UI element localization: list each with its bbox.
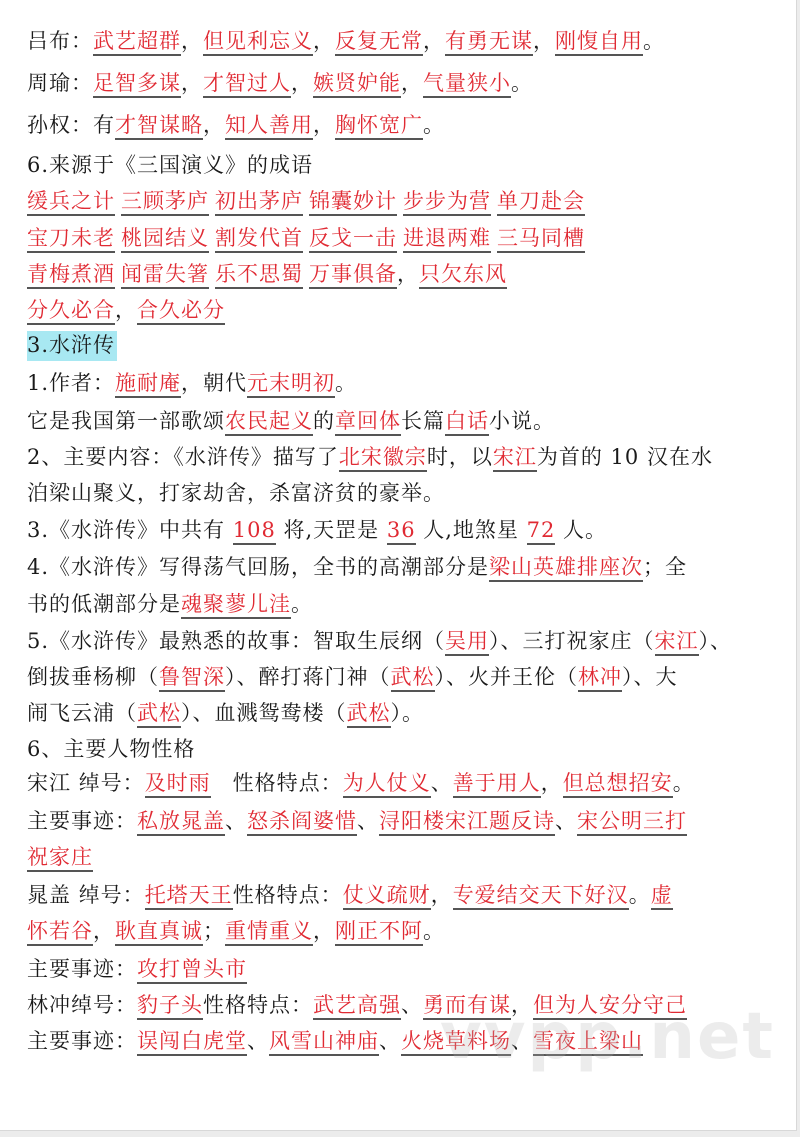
- idiom: 合久必分: [137, 298, 225, 325]
- answer: 足智多谋: [93, 71, 181, 98]
- label: 性格特点：: [203, 993, 313, 1017]
- text: ）、: [699, 629, 733, 653]
- idioms-row-4: 分久必合，合久必分: [27, 295, 225, 325]
- punct: ；: [203, 919, 225, 943]
- answer: 72: [527, 518, 556, 545]
- idiom: 割发代首: [215, 226, 303, 253]
- text: 将,天罡是: [276, 518, 387, 542]
- answer: 怒杀阎婆惜: [247, 809, 357, 836]
- answer: 善于用人: [453, 771, 541, 798]
- idiom: 初出茅庐: [215, 189, 303, 216]
- answer: 魂聚蓼儿洼: [181, 592, 291, 619]
- answer: 误闯白虎堂: [137, 1029, 247, 1056]
- punct: 、: [401, 993, 423, 1017]
- text: ）、火并王伦（: [435, 665, 579, 689]
- label: 晁盖 绰号：: [27, 883, 145, 907]
- text: 小说。: [489, 409, 555, 433]
- answer: 武松: [347, 701, 391, 728]
- label: 性格特点：: [211, 771, 343, 795]
- answer: 怀若谷: [27, 919, 93, 946]
- answer: 有勇无谋: [445, 29, 533, 56]
- idiom: 三马同槽: [497, 226, 585, 253]
- answer: 专爱结交天下好汉: [453, 883, 629, 910]
- idiom: 万事俱备: [309, 262, 397, 289]
- answer: 吴用: [445, 629, 489, 656]
- punct: 、: [247, 1029, 269, 1053]
- label: 宋江 绰号：: [27, 771, 145, 795]
- text: 3.《水浒传》中共有: [27, 518, 233, 542]
- text: ，朝代: [181, 371, 247, 395]
- q5-stories-2: 倒拔垂杨柳（鲁智深）、醉打蒋门神（武松）、火并王伦（林冲）、大: [27, 662, 678, 692]
- answer: 仗义疏财: [343, 883, 431, 910]
- answer: 36: [387, 518, 416, 545]
- answer: 为人仗义: [343, 771, 431, 798]
- answer: 风雪山神庙: [269, 1029, 379, 1056]
- answer: 知人善用: [225, 113, 313, 140]
- answer: 但总想招安: [563, 771, 673, 798]
- answer: 托塔天王: [145, 883, 233, 910]
- idiom: 进退两难: [403, 226, 491, 253]
- punct: ，: [533, 29, 555, 53]
- chaogai-traits: 晁盖 绰号：托塔天王性格特点：仗义疏财，专爱结交天下好汉。虚: [27, 880, 673, 910]
- chaogai-traits-cont: 怀若谷，耿直真诚；重情重义，刚正不阿。: [27, 916, 445, 946]
- idiom: 锦囊妙计: [309, 189, 397, 216]
- punct: 、: [357, 809, 379, 833]
- answer: 嫉贤妒能: [313, 71, 401, 98]
- text: ）、血溅鸳鸯楼（: [181, 701, 347, 725]
- answer: 私放晁盖: [137, 809, 225, 836]
- punct: 、: [555, 809, 577, 833]
- idioms-row-2: 宝刀未老桃园结义割发代首反戈一击进退两难三马同槽: [27, 223, 585, 253]
- q2-content: 2、主要内容：《水浒传》描写了北宋徽宗时，以宋江为首的 10 汉在水: [27, 442, 713, 472]
- q4-low-point: 书的低潮部分是魂聚蓼儿洼。: [27, 589, 313, 619]
- answer: 108: [233, 518, 276, 545]
- answer: 鲁智深: [159, 665, 225, 692]
- text: 为首的 10 汉在水: [537, 445, 713, 469]
- answer: 胸怀宽广: [335, 113, 423, 140]
- text: 4.《水浒传》写得荡气回肠，全书的高潮部分是: [27, 555, 489, 579]
- punct: 。: [511, 71, 533, 95]
- punct: ，: [93, 919, 115, 943]
- answer: 攻打曾头市: [137, 957, 247, 984]
- q5-stories-3: 闹飞云浦（武松）、血溅鸳鸯楼（武松）。: [27, 698, 424, 728]
- idiom: 单刀赴会: [497, 189, 585, 216]
- punct: ，: [181, 29, 203, 53]
- songjiang-deeds-cont: 祝家庄: [27, 842, 93, 872]
- punct: 。: [423, 919, 445, 943]
- punct: ，: [423, 29, 445, 53]
- answer: 虚: [651, 883, 673, 910]
- answer: 才智谋略: [115, 113, 203, 140]
- text: 长篇: [401, 409, 445, 433]
- label: 主要事迹：: [27, 957, 137, 981]
- answer: 梁山英雄排座次: [489, 555, 643, 582]
- character-zhouyu: 周瑜：足智多谋，才智过人，嫉贤妒能，气量狭小。: [27, 68, 533, 98]
- text: 时，以: [427, 445, 493, 469]
- answer: 才智过人: [203, 71, 291, 98]
- answer: 耿直真诚: [115, 919, 203, 946]
- answer: 反复无常: [335, 29, 423, 56]
- text: 的: [313, 409, 335, 433]
- punct: ，: [313, 113, 335, 137]
- punct: ，: [401, 71, 423, 95]
- answer: 豹子头: [137, 993, 203, 1020]
- text: 5.《水浒传》最熟悉的故事：智取生辰纲（: [27, 629, 445, 653]
- punct: 、: [379, 1029, 401, 1053]
- label: 周瑜：: [27, 71, 93, 95]
- songjiang-deeds: 主要事迹：私放晁盖、怒杀阎婆惜、浔阳楼宋江题反诗、宋公明三打: [27, 806, 687, 836]
- idiom: 宝刀未老: [27, 226, 115, 253]
- punct: 。: [643, 29, 665, 53]
- punct: 。: [673, 771, 695, 795]
- answer: 元末明初: [247, 371, 335, 398]
- q1-author: 1.作者：施耐庵，朝代元末明初。: [27, 368, 357, 398]
- punct: ，: [203, 113, 225, 137]
- answer: 及时雨: [145, 771, 211, 798]
- label: 吕布：: [27, 29, 93, 53]
- section-title: 3.水浒传: [27, 331, 117, 361]
- label: 性格特点：: [233, 883, 343, 907]
- text: ）、大: [622, 665, 678, 689]
- label: 孙权：有: [27, 113, 115, 137]
- watermark: vvpp.net: [440, 1000, 775, 1074]
- punct: ，: [313, 29, 335, 53]
- text: ；全: [643, 555, 687, 579]
- idiom: 步步为营: [403, 189, 491, 216]
- label: 主要事迹：: [27, 809, 137, 833]
- text: 书的低潮部分是: [27, 592, 181, 616]
- answer: 宋江: [493, 445, 537, 472]
- q1-description: 它是我国第一部歌颂农民起义的章回体长篇白话小说。: [27, 406, 555, 436]
- answer: 武松: [137, 701, 181, 728]
- answer: 宋公明三打: [577, 809, 687, 836]
- document-page: 吕布：武艺超群，但见利忘义，反复无常，有勇无谋，刚愎自用。 周瑜：足智多谋，才智…: [0, 0, 797, 1131]
- idiom: 桃园结义: [121, 226, 209, 253]
- punct: ，: [431, 883, 453, 907]
- text: ）、醉打蒋门神（: [225, 665, 391, 689]
- text: 倒拔垂杨柳（: [27, 665, 159, 689]
- text: 闹飞云浦（: [27, 701, 137, 725]
- answer: 章回体: [335, 409, 401, 436]
- punct: 。: [291, 592, 313, 616]
- idiom: 缓兵之计: [27, 189, 115, 216]
- idiom: 乐不思蜀: [215, 262, 303, 289]
- answer: 宋江: [655, 629, 699, 656]
- punct: 。: [335, 371, 357, 395]
- text: 2、主要内容：《水浒传》描写了: [27, 445, 339, 469]
- label: 1.作者：: [27, 371, 115, 395]
- answer: 浔阳楼宋江题反诗: [379, 809, 555, 836]
- idiom: 反戈一击: [309, 226, 397, 253]
- punct: ，: [541, 771, 563, 795]
- q5-stories-1: 5.《水浒传》最熟悉的故事：智取生辰纲（吴用）、三打祝家庄（宋江）、: [27, 626, 732, 656]
- idioms-heading: 6.来源于《三国演义》的成语: [27, 150, 313, 180]
- idioms-row-3: 青梅煮酒闻雷失箸乐不思蜀万事俱备，只欠东风: [27, 259, 507, 289]
- answer: 武艺高强: [313, 993, 401, 1020]
- answer: 白话: [445, 409, 489, 436]
- punct: ，: [397, 262, 419, 286]
- answer: 武艺超群: [93, 29, 181, 56]
- text: 它是我国第一部歌颂: [27, 409, 225, 433]
- answer: 北宋徽宗: [339, 445, 427, 472]
- answer: 农民起义: [225, 409, 313, 436]
- punct: ，: [291, 71, 313, 95]
- punct: 、: [225, 809, 247, 833]
- text: ）、三打祝家庄（: [489, 629, 655, 653]
- punct: ，: [115, 298, 137, 322]
- label: 林冲绰号：: [27, 993, 137, 1017]
- idiom: 只欠东风: [419, 262, 507, 289]
- idioms-row-1: 缓兵之计三顾茅庐初出茅庐锦囊妙计步步为营单刀赴会: [27, 186, 585, 216]
- q4-climax: 4.《水浒传》写得荡气回肠，全书的高潮部分是梁山英雄排座次；全: [27, 552, 687, 582]
- punct: ，: [181, 71, 203, 95]
- idiom: 分久必合: [27, 298, 115, 325]
- punct: 、: [431, 771, 453, 795]
- q3-heroes: 3.《水浒传》中共有 108 将,天罡是 36 人,地煞星 72 人。: [27, 515, 607, 545]
- q2-content-cont: 泊梁山聚义，打家劫舍，杀富济贫的豪举。: [27, 478, 445, 508]
- answer: 刚愎自用: [555, 29, 643, 56]
- idiom: 三顾茅庐: [121, 189, 209, 216]
- q6-heading: 6、主要人物性格: [27, 734, 195, 764]
- punct: ，: [313, 919, 335, 943]
- answer: 施耐庵: [115, 371, 181, 398]
- label: 主要事迹：: [27, 1029, 137, 1053]
- answer: 重情重义: [225, 919, 313, 946]
- answer: 但见利忘义: [203, 29, 313, 56]
- character-sunquan: 孙权：有才智谋略，知人善用，胸怀宽广。: [27, 110, 445, 140]
- idiom: 闻雷失箸: [121, 262, 209, 289]
- answer: 武松: [391, 665, 435, 692]
- character-lubu: 吕布：武艺超群，但见利忘义，反复无常，有勇无谋，刚愎自用。: [27, 26, 665, 56]
- songjiang-traits: 宋江 绰号：及时雨 性格特点：为人仗义、善于用人，但总想招安。: [27, 768, 695, 798]
- punct: 。: [423, 113, 445, 137]
- answer: 刚正不阿: [335, 919, 423, 946]
- section-heading: 3.水浒传: [27, 330, 117, 360]
- idiom: 青梅煮酒: [27, 262, 115, 289]
- chaogai-deeds: 主要事迹：攻打曾头市: [27, 954, 247, 984]
- text: 人。: [555, 518, 607, 542]
- answer: 气量狭小: [423, 71, 511, 98]
- text: ）。: [391, 701, 425, 725]
- punct: 。: [629, 883, 651, 907]
- answer: 祝家庄: [27, 845, 93, 872]
- text: 人,地煞星: [416, 518, 527, 542]
- answer: 林冲: [578, 665, 622, 692]
